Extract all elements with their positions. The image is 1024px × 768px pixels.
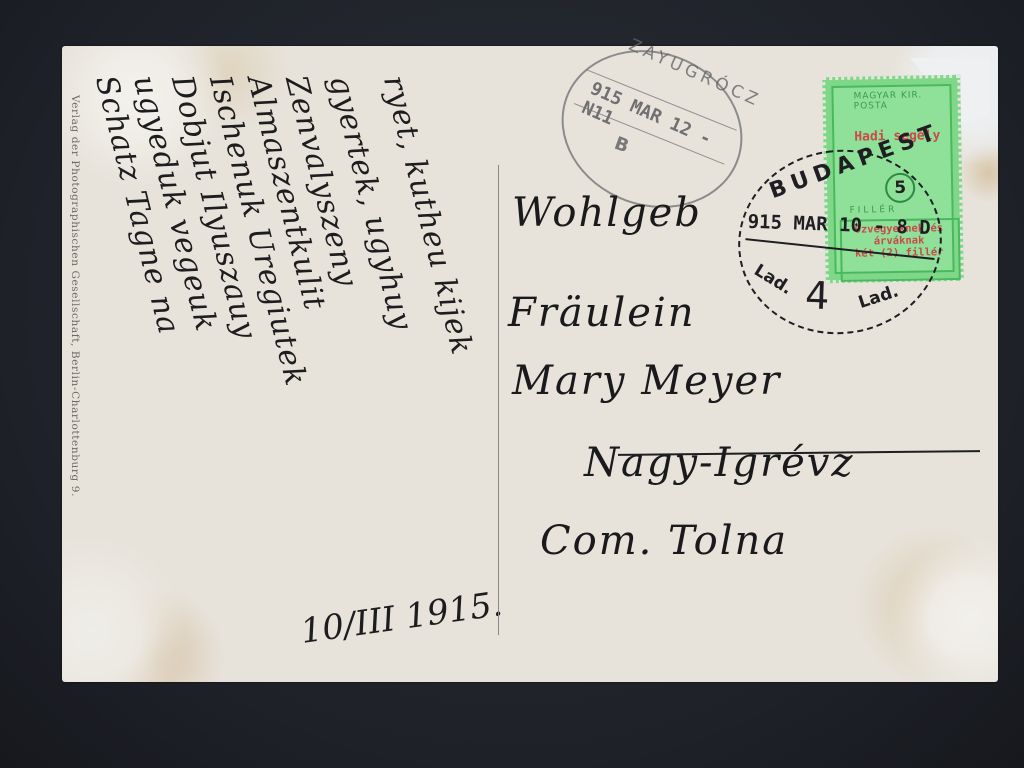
address-line-4: Nagy-Igrévz xyxy=(584,440,854,486)
postmark-label: Lad. xyxy=(856,281,901,313)
address-line-5: Com. Tolna xyxy=(540,518,788,564)
publisher-imprint: Verlag der Photographischen Gesellschaft… xyxy=(69,95,81,497)
postmark-code: B xyxy=(611,133,631,157)
address-line-3: Mary Meyer xyxy=(512,358,781,404)
postmark-label: Lad. xyxy=(750,260,795,299)
address-line-1: Wohlgeb xyxy=(512,190,702,236)
address-line-2: Fräulein xyxy=(508,290,696,336)
stamp-country: MAGYAR KIR. POSTA xyxy=(853,90,949,112)
postmark-code: 4 xyxy=(804,273,830,318)
postmark-date: 915 MAR 10 - 8 D xyxy=(747,211,931,239)
postmark-band xyxy=(745,238,934,260)
divider-line xyxy=(498,165,499,635)
